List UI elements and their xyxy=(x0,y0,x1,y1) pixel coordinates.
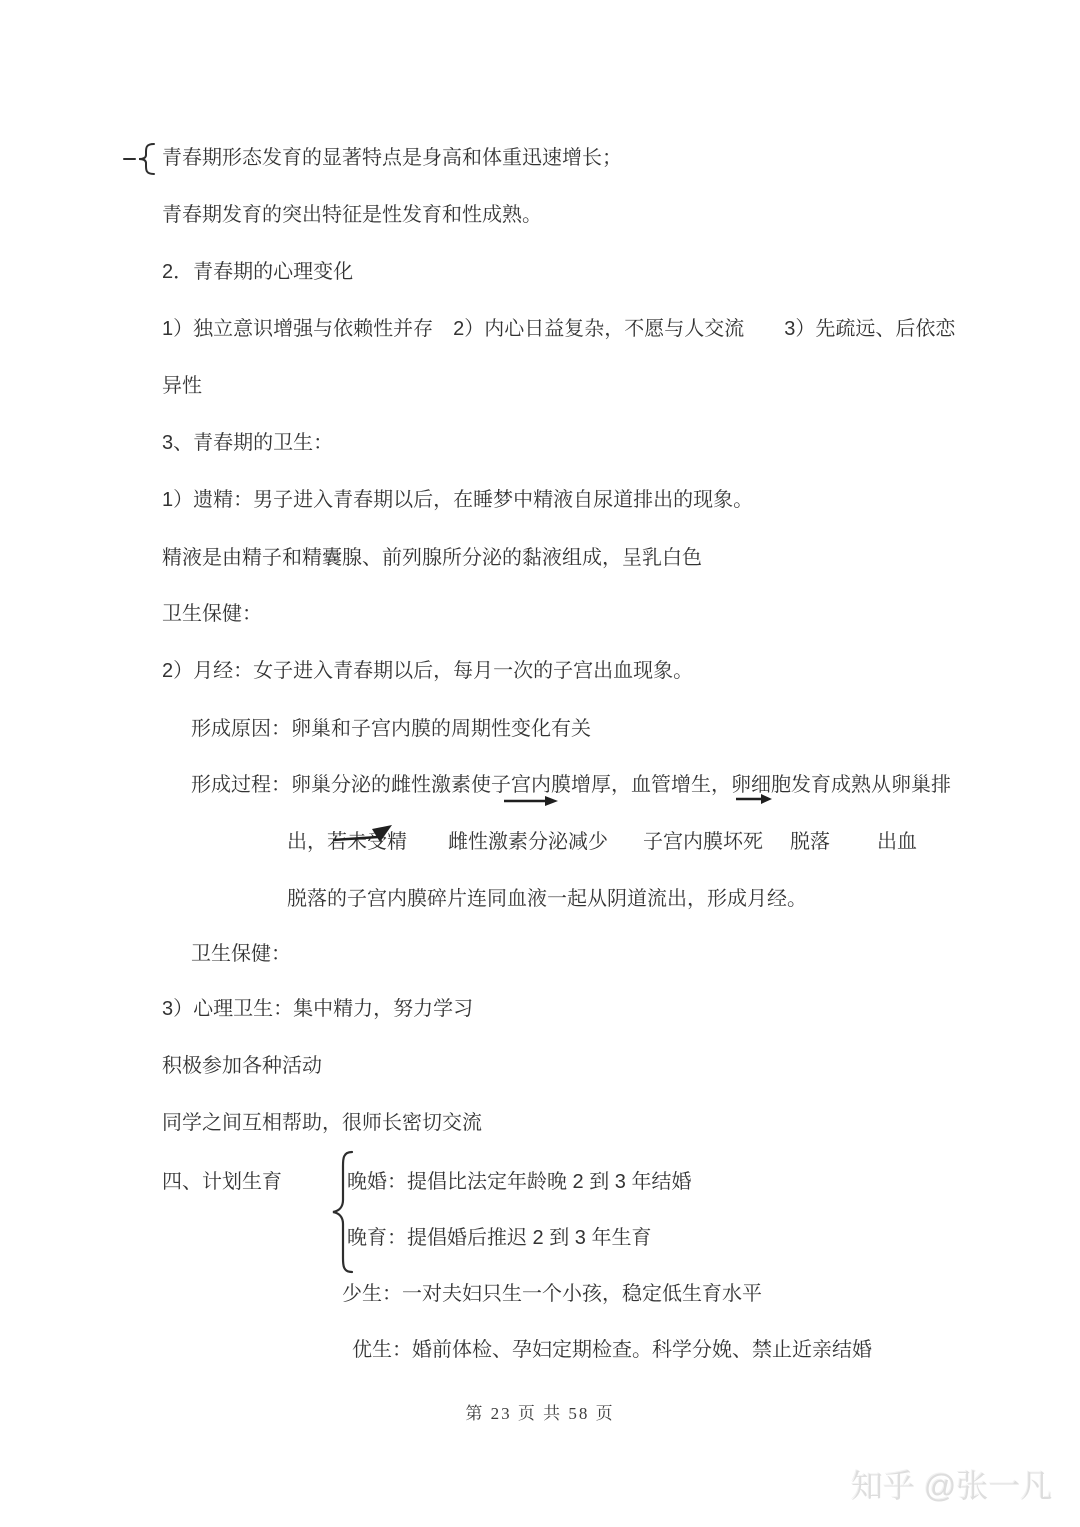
right-arrow-icon xyxy=(330,818,398,848)
section-heading: 3、青春期的卫生： xyxy=(162,430,333,457)
process-step: 雌性激素分泌减少 xyxy=(448,829,608,856)
paragraph: 青春期发育的突出特征是性发育和性成熟。 xyxy=(162,202,542,229)
process-step: 脱落 xyxy=(790,829,830,856)
paragraph: 积极参加各种活动 xyxy=(162,1053,322,1080)
paragraph: 3）心理卫生：集中精力，努力学习 xyxy=(162,996,473,1023)
paragraph: 1）独立意识增强与依赖性并存 2）内心日益复杂，不愿与人交流 3）先疏远、后依恋 xyxy=(162,316,955,343)
paragraph: 异性 xyxy=(162,373,202,400)
paragraph: 青春期形态发育的显著特点是身高和体重迅速增长； xyxy=(162,145,622,172)
list-item: 优生：婚前体检、孕妇定期检查。科学分娩、禁止近亲结婚 xyxy=(352,1337,872,1364)
list-item: 少生：一对夫妇只生一个小孩，稳定低生育水平 xyxy=(342,1281,762,1308)
paragraph: 形成原因：卵巢和子宫内膜的周期性变化有关 xyxy=(191,716,591,743)
paragraph: 2）月经：女子进入青春期以后，每月一次的子宫出血现象。 xyxy=(162,658,693,685)
paragraph: 卫生保健： xyxy=(191,941,291,968)
paragraph: 同学之间互相帮助，很师长密切交流 xyxy=(162,1110,482,1137)
right-arrow-icon xyxy=(503,794,559,808)
paragraph: 1）遗精：男子进入青春期以后，在睡梦中精液自尿道排出的现象。 xyxy=(162,487,753,514)
curly-brace-icon xyxy=(123,142,159,178)
process-step: 子宫内膜坏死 xyxy=(643,829,763,856)
zhihu-watermark: 知乎 @张一凡 xyxy=(851,1461,1052,1507)
paragraph: 卫生保健： xyxy=(162,601,262,628)
process-step: 出血 xyxy=(877,829,917,856)
document-page: 青春期形态发育的显著特点是身高和体重迅速增长； 青春期发育的突出特征是性发育和性… xyxy=(0,0,1080,1527)
list-item: 晚婚：提倡比法定年龄晚 2 到 3 年结婚 xyxy=(347,1169,691,1196)
paragraph: 精液是由精子和精囊腺、前列腺所分泌的黏液组成，呈乳白色 xyxy=(162,545,702,572)
list-item: 晚育：提倡婚后推迟 2 到 3 年生育 xyxy=(347,1225,651,1252)
paragraph: 形成过程：卵巢分泌的雌性激素使子宫内膜增厚，血管增生，卵细胞发育成熟从卵巢排 xyxy=(191,772,951,799)
page-number: 第 23 页 共 58 页 xyxy=(0,1399,1080,1424)
section-heading: 四、计划生育 xyxy=(162,1169,282,1196)
right-arrow-icon xyxy=(735,792,773,806)
section-heading: 2．青春期的心理变化 xyxy=(162,259,353,286)
paragraph: 脱落的子宫内膜碎片连同血液一起从阴道流出，形成月经。 xyxy=(287,886,807,913)
